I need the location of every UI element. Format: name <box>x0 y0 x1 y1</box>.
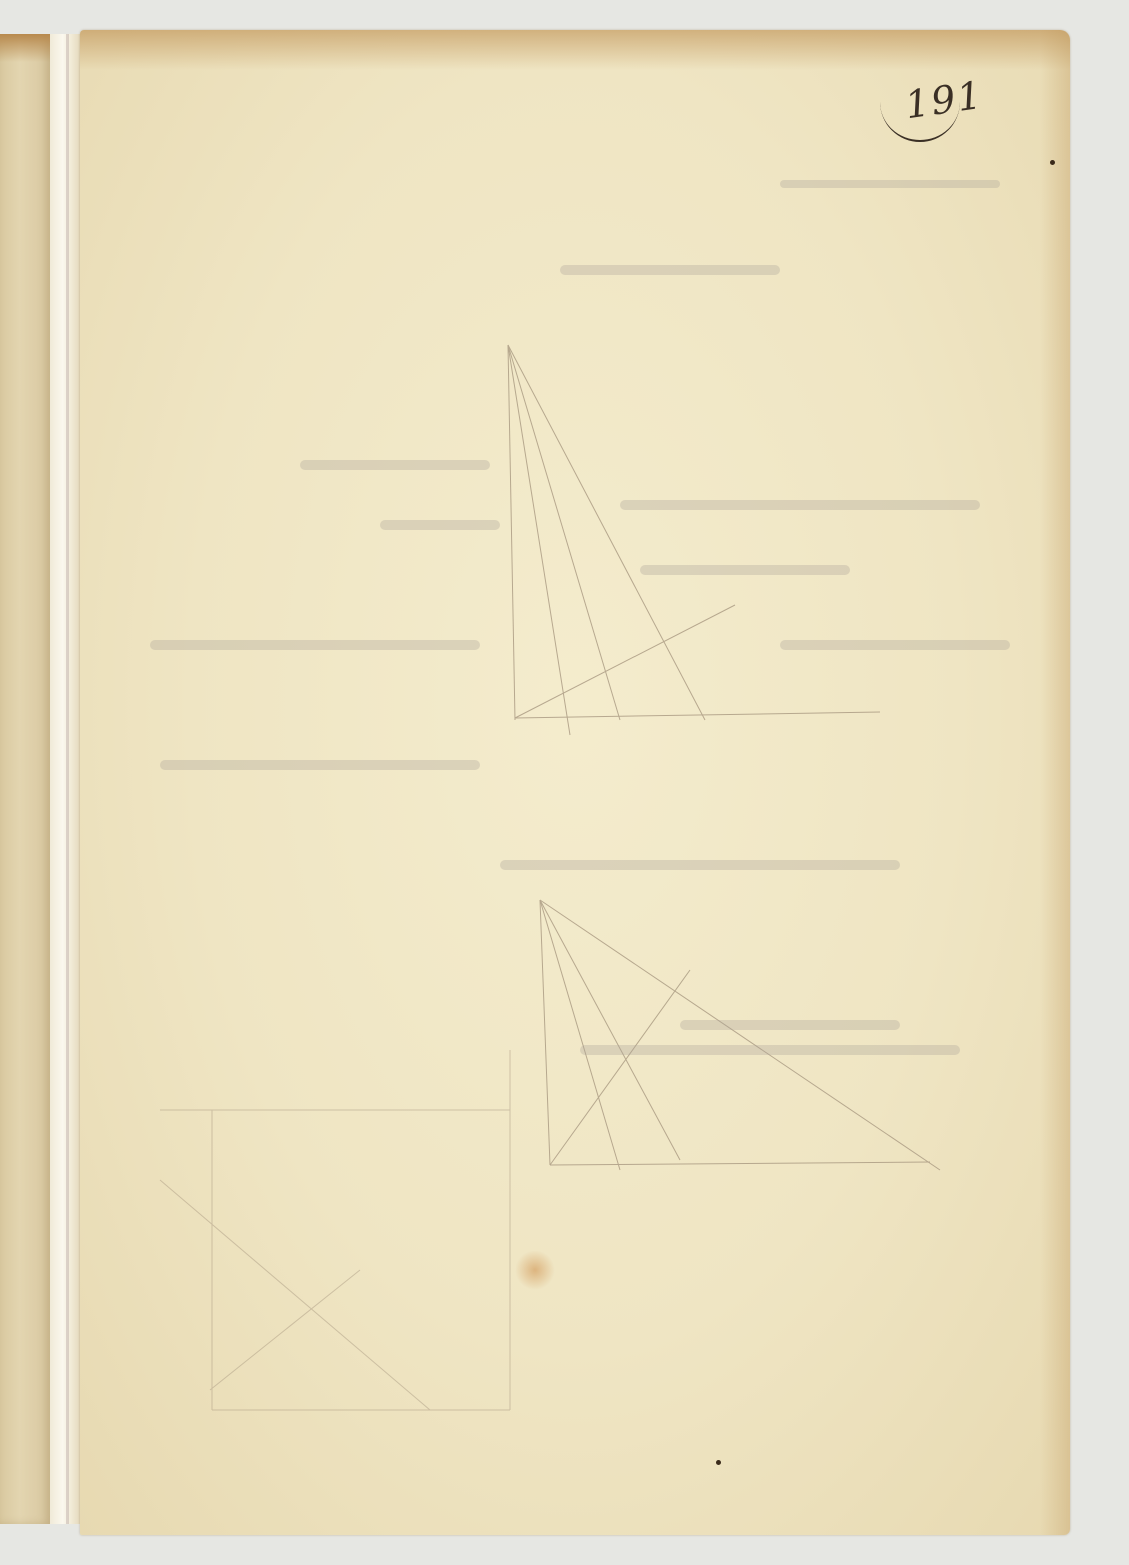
lower-triangle-sketch <box>540 900 940 1170</box>
ink-speck <box>716 1460 721 1465</box>
adjacent-page-edge <box>0 34 50 1524</box>
manuscript-page <box>80 30 1070 1535</box>
ink-speck <box>1050 160 1055 165</box>
lower-left-box-sketch <box>160 1050 510 1410</box>
upper-triangle-sketch <box>508 345 880 735</box>
binding-crease <box>66 34 69 1524</box>
foxing-stain <box>515 1250 555 1290</box>
pencil-sketches <box>80 30 1070 1535</box>
